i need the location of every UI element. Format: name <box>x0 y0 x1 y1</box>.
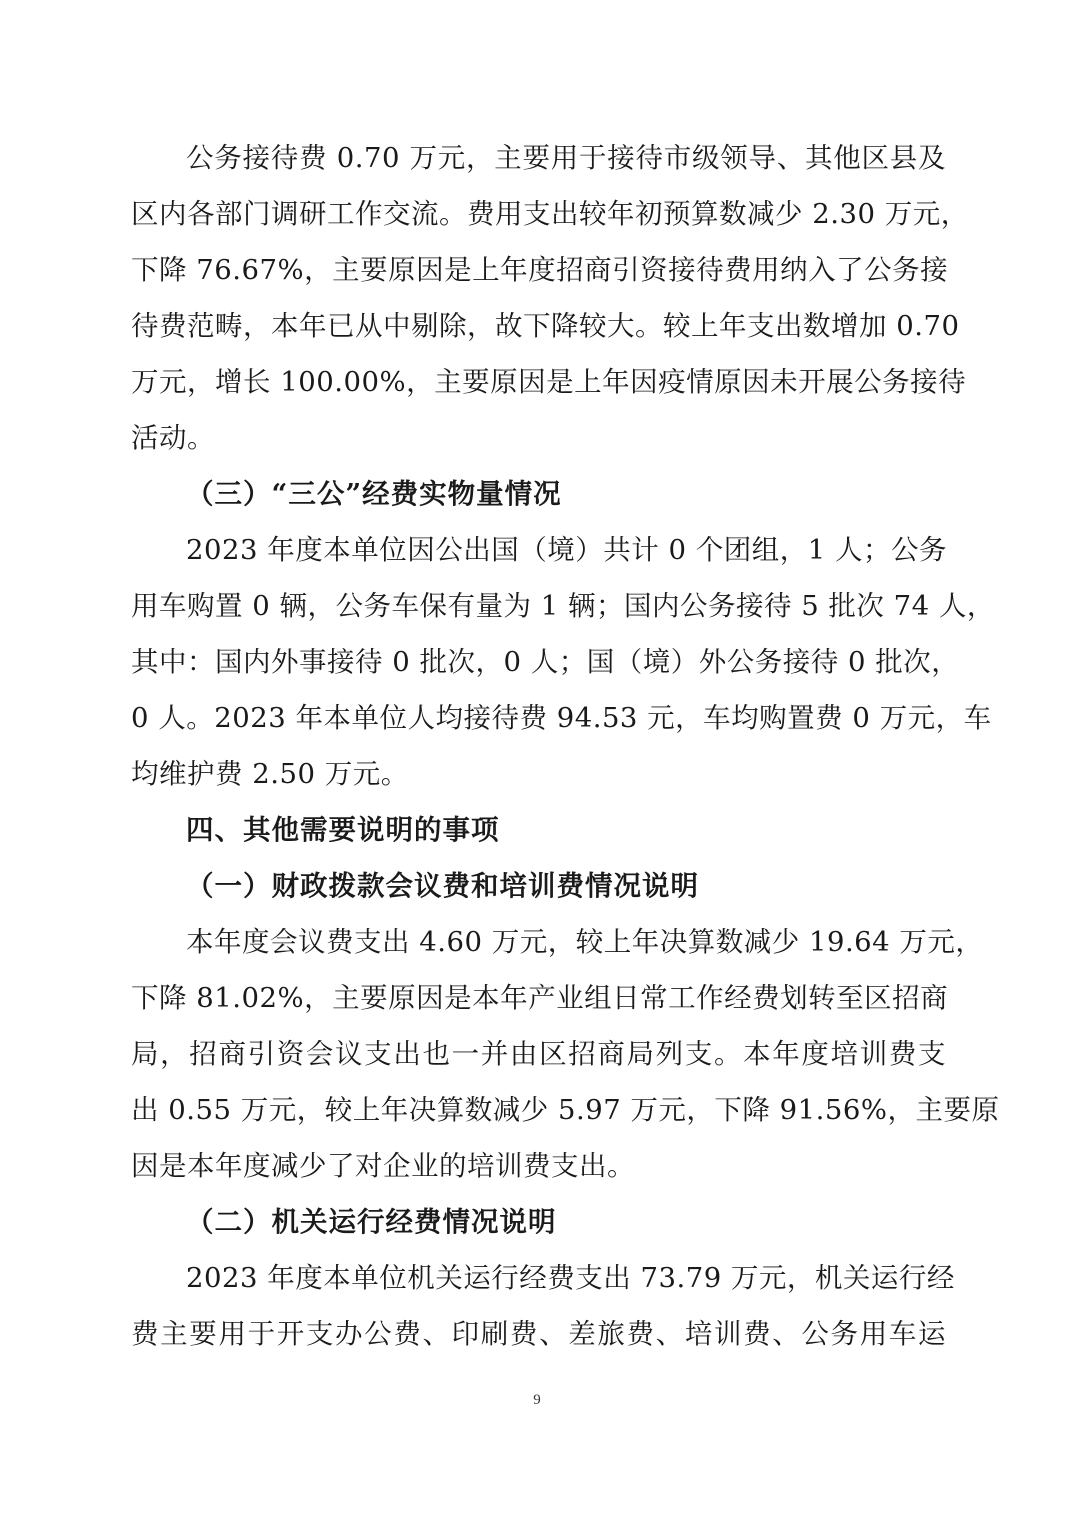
paragraph-line: 待费范畴，本年已从中剔除，故下降较大。较上年支出数增加 0.70 <box>131 309 946 343</box>
paragraph-line: 公务接待费 0.70 万元，主要用于接待市级领导、其他区县及 <box>186 141 946 175</box>
paragraph-line: 均维护费 2.50 万元。 <box>131 757 946 791</box>
paragraph-line: 下降 76.67%，主要原因是上年度招商引资接待费用纳入了公务接 <box>131 253 946 287</box>
paragraph-line: 因是本年度减少了对企业的培训费支出。 <box>131 1149 946 1183</box>
chapter-heading: 四、其他需要说明的事项 <box>186 813 946 847</box>
paragraph-line: 用车购置 0 辆，公务车保有量为 1 辆；国内公务接待 5 批次 74 人， <box>131 589 946 623</box>
paragraph-line: 费主要用于开支办公费、印刷费、差旅费、培训费、公务用车运 <box>131 1317 946 1351</box>
paragraph-line: 0 人。2023 年本单位人均接待费 94.53 元，车均购置费 0 万元，车 <box>131 701 946 735</box>
section-heading-1: （一）财政拨款会议费和培训费情况说明 <box>186 869 946 903</box>
page-number: 9 <box>0 1392 1074 1409</box>
paragraph-line: 局，招商引资会议支出也一并由区招商局列支。本年度培训费支 <box>131 1037 946 1071</box>
paragraph-line: 其中：国内外事接待 0 批次，0 人；国（境）外公务接待 0 批次， <box>131 645 946 679</box>
section-heading-2: （二）机关运行经费情况说明 <box>186 1205 946 1239</box>
paragraph-line: 本年度会议费支出 4.60 万元，较上年决算数减少 19.64 万元， <box>186 925 946 959</box>
paragraph-line: 2023 年度本单位机关运行经费支出 73.79 万元，机关运行经 <box>186 1261 946 1295</box>
paragraph-line: 区内各部门调研工作交流。费用支出较年初预算数减少 2.30 万元， <box>131 197 946 231</box>
paragraph-line: 出 0.55 万元，较上年决算数减少 5.97 万元，下降 91.56%，主要原 <box>131 1093 946 1127</box>
document-page: 公务接待费 0.70 万元，主要用于接待市级领导、其他区县及 区内各部门调研工作… <box>0 0 1074 1520</box>
paragraph-line: 下降 81.02%，主要原因是本年产业组日常工作经费划转至区招商 <box>131 981 946 1015</box>
paragraph-line: 万元，增长 100.00%，主要原因是上年因疫情原因未开展公务接待 <box>131 365 946 399</box>
paragraph-line: 活动。 <box>131 421 946 455</box>
paragraph-line: 2023 年度本单位因公出国（境）共计 0 个团组，1 人；公务 <box>186 533 946 567</box>
section-heading-3: （三）“三公”经费实物量情况 <box>186 477 946 511</box>
